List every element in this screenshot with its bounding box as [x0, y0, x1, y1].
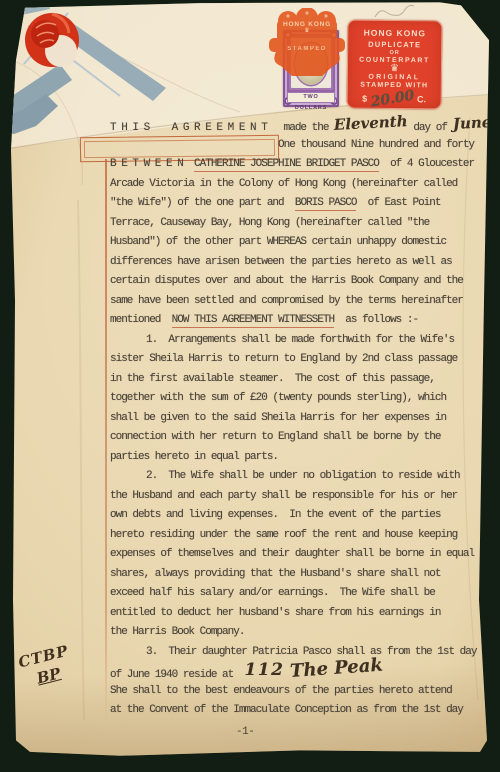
- handwritten-text: Eleventh: [333, 112, 408, 135]
- typed-text: of 4 Gloucester: [379, 158, 474, 170]
- document-line: Husband") of the other part WHEREAS cert…: [110, 233, 482, 253]
- document-line: same have been settled and compromised b…: [110, 292, 482, 312]
- document-line: expenses of themselves and their daughte…: [110, 545, 482, 565]
- stamp-line: OR: [347, 50, 442, 57]
- typed-text: Husband") of the other part WHEREAS cert…: [110, 236, 446, 248]
- stamp-amount: $20.00C.: [347, 90, 442, 107]
- margin-initials: CTBP BP: [16, 637, 93, 691]
- typed-text: own debts and living expenses. In the ev…: [110, 509, 440, 521]
- document-page: TWO DOLLARS HONG KONG ♛ STAMPED HONG KON…: [0, 0, 500, 772]
- typed-text: day of: [408, 122, 453, 134]
- document-line: "the Wife") of the one part and BORIS PA…: [110, 194, 482, 214]
- scanned-document-photo: TWO DOLLARS HONG KONG ♛ STAMPED HONG KON…: [0, 0, 500, 772]
- amount-suffix: C.: [417, 94, 426, 104]
- typed-text: same have been settled and compromised b…: [110, 295, 463, 307]
- typed-text: in the first available steamer. The cost…: [110, 373, 435, 385]
- typed-text: connection with her return to England sh…: [110, 431, 440, 443]
- typed-text: differences have arisen between the part…: [110, 256, 452, 268]
- typed-text: exceed half his salary and/or earnings. …: [110, 587, 435, 599]
- typed-text: shall be given to the said Sheila Harris…: [110, 412, 446, 424]
- typed-text: certain disputes over and about the Harr…: [110, 275, 463, 287]
- typed-text: of East Point: [356, 197, 440, 209]
- typed-text: NOW THIS AGREEMENT WITNESSETH: [172, 314, 334, 328]
- typed-text: "the Wife") of the one part and: [110, 197, 295, 209]
- document-line: at the Convent of the Immaculate Concept…: [110, 701, 482, 721]
- document-line: T H I S A G R E E M E N T made the Eleve…: [110, 116, 482, 136]
- document-line: 1. Arrangements shall be made forthwith …: [146, 331, 482, 351]
- typed-text: She shall to the best endeavours of the …: [110, 685, 452, 697]
- stamp-denomination: TWO DOLLARS: [287, 92, 335, 103]
- document-line: mentioned NOW THIS AGREEMENT WITNESSETH …: [110, 311, 482, 331]
- typed-text: as follows :-: [334, 314, 418, 326]
- duplicate-stamp: HONG KONG DUPLICATE OR COUNTERPART ♛ ORI…: [347, 20, 443, 110]
- document-line: entitled to deduct her husband's share f…: [110, 604, 482, 624]
- typed-text: Arcade Victoria in the Colony of Hong Ko…: [110, 178, 457, 190]
- typed-text: T H I S A G R E E M E N T made the: [110, 122, 334, 134]
- typed-text: One thousand Nine hundred and forty: [278, 139, 474, 151]
- wax-seal: [25, 13, 79, 67]
- stamp-line: STAMPED WITH: [347, 82, 442, 90]
- typed-text: sister Sheila Harris to return to Englan…: [110, 353, 457, 365]
- document-line: 2. The Wife shall be under no obligation…: [146, 467, 482, 487]
- document-line: sister Sheila Harris to return to Englan…: [110, 350, 482, 370]
- document-line: She shall to the best endeavours of the …: [110, 682, 482, 702]
- document-line: certain disputes over and about the Harr…: [110, 272, 482, 292]
- typed-text: shares, always providing that the Husban…: [110, 568, 440, 580]
- typed-text: the Harris Book Company.: [110, 626, 244, 638]
- typed-text: of June 1940 reside at: [110, 669, 244, 681]
- document-text: T H I S A G R E E M E N T made the Eleve…: [110, 116, 482, 721]
- document-line: One thousand Nine hundred and forty: [278, 136, 482, 156]
- typed-text: at the Convent of the Immaculate Concept…: [110, 704, 463, 716]
- page-number: -1-: [236, 726, 254, 738]
- document-line: connection with her return to England sh…: [110, 428, 482, 448]
- document-line: own debts and living expenses. In the ev…: [110, 506, 482, 526]
- document-line: differences have arisen between the part…: [110, 253, 482, 273]
- amount-prefix: $: [362, 94, 367, 104]
- document-line: parties hereto in equal parts.: [110, 448, 482, 468]
- stamp-line: DUPLICATE: [347, 40, 442, 50]
- embossed-overprint-icon: [268, 8, 346, 80]
- typed-text: Terrace, Causeway Bay, Hong Kong (herein…: [110, 217, 429, 229]
- stamp-line: ORIGINAL: [347, 74, 442, 82]
- typed-text: 3. Their daughter Patricia Pasco shall a…: [146, 646, 476, 658]
- document-line: of June 1940 reside at 112 The Peak: [110, 662, 482, 682]
- stamp-line: HONG KONG: [347, 28, 442, 39]
- typed-text: parties hereto in equal parts.: [110, 451, 278, 463]
- document-line: exceed half his salary and/or earnings. …: [110, 584, 482, 604]
- margin-rule: [105, 159, 107, 721]
- pencil-mark: [372, 2, 416, 24]
- typed-text: hereto residing under the same roof the …: [110, 529, 457, 541]
- document-line: B E T W E E N CATHERINE JOSEPHINE BRIDGE…: [110, 155, 482, 175]
- typed-text: entitled to deduct her husband's share f…: [110, 607, 440, 619]
- typed-text: B E T W E E N: [110, 158, 194, 170]
- handwritten-amount: 20.00: [369, 88, 415, 111]
- document-line: shares, always providing that the Husban…: [110, 565, 482, 585]
- typed-text: CATHERINE JOSEPHINE BRIDGET PASCO: [194, 158, 379, 172]
- document-line: the Husband and each party shall be resp…: [110, 487, 482, 507]
- document-line: together with the sum of £20 (twenty pou…: [110, 389, 482, 409]
- typed-text: the Husband and each party shall be resp…: [110, 490, 457, 502]
- handwritten-text: The Peak: [284, 656, 384, 682]
- typed-text: 2. The Wife shall be under no obligation…: [146, 470, 460, 482]
- typed-text: mentioned: [110, 314, 172, 326]
- document-line: in the first available steamer. The cost…: [110, 370, 482, 390]
- ribbon-strips: [0, 0, 166, 134]
- document-line: the Harris Book Company.: [110, 623, 482, 643]
- document-line: Arcade Victoria in the Colony of Hong Ko…: [110, 175, 482, 195]
- document-line: Terrace, Causeway Bay, Hong Kong (herein…: [110, 214, 482, 234]
- document-line: shall be given to the said Sheila Harris…: [110, 409, 482, 429]
- handwritten-text: June: [452, 113, 491, 134]
- typed-text: 1. Arrangements shall be made forthwith …: [146, 334, 454, 346]
- typed-text: expenses of themselves and their daughte…: [110, 548, 474, 560]
- typed-text: BORIS PASCO: [295, 197, 357, 211]
- document-line: hereto residing under the same roof the …: [110, 526, 482, 546]
- typed-text: together with the sum of £20 (twenty pou…: [110, 392, 446, 404]
- handwritten-text: 112: [244, 661, 284, 681]
